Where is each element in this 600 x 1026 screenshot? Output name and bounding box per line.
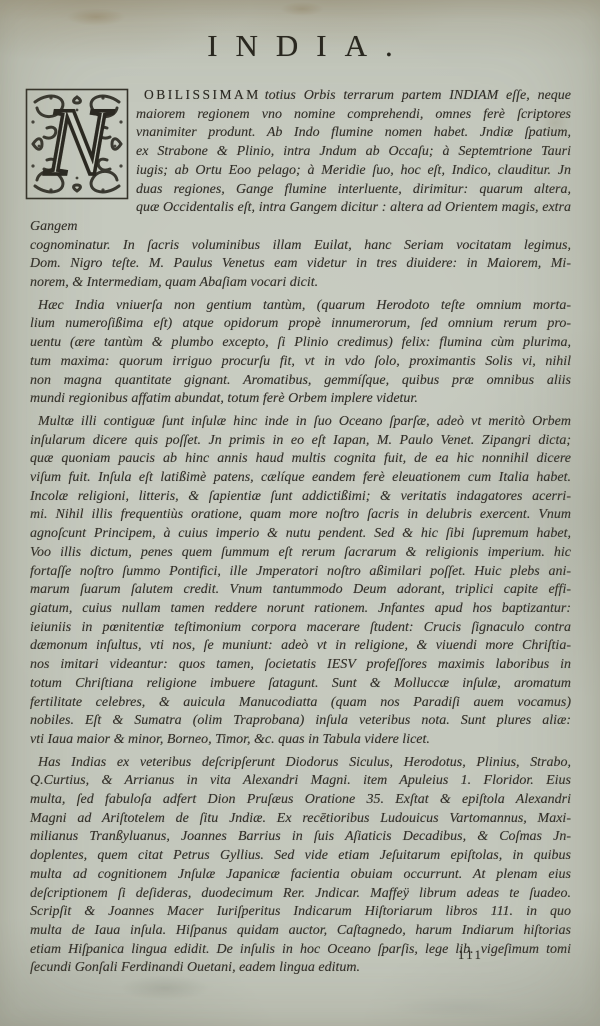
- text-line: vti Iaua maior & minor, Borneo, Timor, &…: [30, 731, 571, 750]
- text-line: multa, ſed fabuloſa adfert Dion Pruſæus …: [30, 791, 571, 810]
- text-line: cognominatur. In ſacris voluminibus illa…: [30, 237, 571, 256]
- drop-cap-letter: N: [44, 88, 114, 195]
- text-line: doplentes, quem citat Petrus Gyllius. Se…: [30, 847, 571, 866]
- body-text: N OBILISSIMAMtotius Orbis terrarum parte…: [30, 86, 571, 978]
- text-line: fertilitate celebres, & auicula Manucodi…: [30, 694, 571, 713]
- paper-stain: [280, 2, 324, 16]
- text-line: Q.Curtius, & Arrianus in vita Alexandri …: [30, 772, 571, 791]
- paper-stain: [390, 996, 530, 1018]
- text-line: multa ad cognitionem Jnſulæ Japanicæ fac…: [30, 866, 571, 885]
- text-line: uentu (ære tantùm & plumbo excepto, ſi P…: [30, 334, 571, 353]
- book-page: INDIA.: [0, 0, 600, 1026]
- text-line: dæmonum inſultus, vti nos, ſe muniunt: a…: [30, 637, 571, 656]
- text-line: nos imitari videantur: quos tamen, ſocie…: [30, 656, 571, 675]
- text-line: giatum, cuius nullam tamen reddere norun…: [30, 600, 571, 619]
- text-line: Voo illis dictum, penes quem ſummum eſt …: [30, 544, 571, 563]
- text-line: quæ quoniam paucis ab hinc annis haud mu…: [30, 450, 571, 469]
- lead-capitals: OBILISSIMAM: [144, 87, 261, 102]
- text-line: Incolæ religioni, litteris, & ſapientiæ …: [30, 488, 571, 507]
- woodcut-initial-ornament: N: [25, 88, 129, 200]
- paper-stain: [120, 975, 210, 1001]
- text-line: quæ Occidentalis eſt, intra Gangem dicit…: [30, 199, 571, 236]
- text-line: milianus Tranßyluanus, Joannes Barrius i…: [30, 828, 571, 847]
- text-line: tum maxima: quorum irriguo procurſu fit,…: [30, 353, 571, 372]
- text-line: Dom. Nigro teſte. M. Paulus Venetus eam …: [30, 255, 571, 274]
- text-line: non magna quantitate gignant. Aromatibus…: [30, 372, 571, 391]
- text-line: ieiuniis in pœnitentiæ teſtimonium corpo…: [30, 619, 571, 638]
- page-title: INDIA.: [0, 28, 600, 64]
- paper-stain: [66, 8, 126, 26]
- text-line: deſcriptionem ſi deſideras, duodecimum R…: [30, 885, 571, 904]
- text-line: Magni ad Ariſtotelem de ſitu Jndiæ. Ex r…: [30, 810, 571, 829]
- text-line: ſecundi Gonſali Ferdinandi Ouetani, eade…: [30, 959, 571, 978]
- text-line: Has Indias ex veteribus deſcripſerunt Di…: [30, 754, 571, 773]
- text-line: Hæc India vniuerſa non gentium tantùm, (…: [30, 297, 571, 316]
- text-line: mundi regionibus affatim abundat, totum …: [30, 390, 571, 409]
- text-line: viſum fuit. Inſula eſt latißimè patens, …: [30, 469, 571, 488]
- text-line: fortaſſe noſtro ſummo Pontifici, ille Jm…: [30, 563, 571, 582]
- text-line: inſularum dicere quis poſſet. Jn primis …: [30, 432, 571, 451]
- text-line: Multæ illi contiguæ ſunt inſulæ hinc ind…: [30, 413, 571, 432]
- text-line: lium numeroſißima eſt) atque opidorum pr…: [30, 315, 571, 334]
- text-line: Scripſit & Joannes Macer Iuriſperitus In…: [30, 903, 571, 922]
- page-number: 111: [458, 948, 483, 963]
- text-line: agnoſcunt Principem, à cuius imperio & n…: [30, 525, 571, 544]
- drop-cap-initial: N: [25, 88, 129, 200]
- text-line-content: totius Orbis terrarum partem INDIAM eſſe…: [265, 88, 571, 103]
- text-line: multa de Iaua inſula. Hiſpanus quidam au…: [30, 922, 571, 941]
- text-line: etiam Hiſpanica lingua edidit. De inſuli…: [30, 941, 571, 960]
- text-line: marum ſuarum ſalutem credit. Vnum tantum…: [30, 581, 571, 600]
- text-line: norem, & Intermediam, quam Abaſiam vocar…: [30, 274, 571, 293]
- text-line: mi. Nihil illis frequentiùs oratione, qu…: [30, 506, 571, 525]
- text-line: nobiles. Eſt & Sumatra (olim Traprobana)…: [30, 712, 571, 731]
- text-line: totum Chriſtiana religione imbuere ſatag…: [30, 675, 571, 694]
